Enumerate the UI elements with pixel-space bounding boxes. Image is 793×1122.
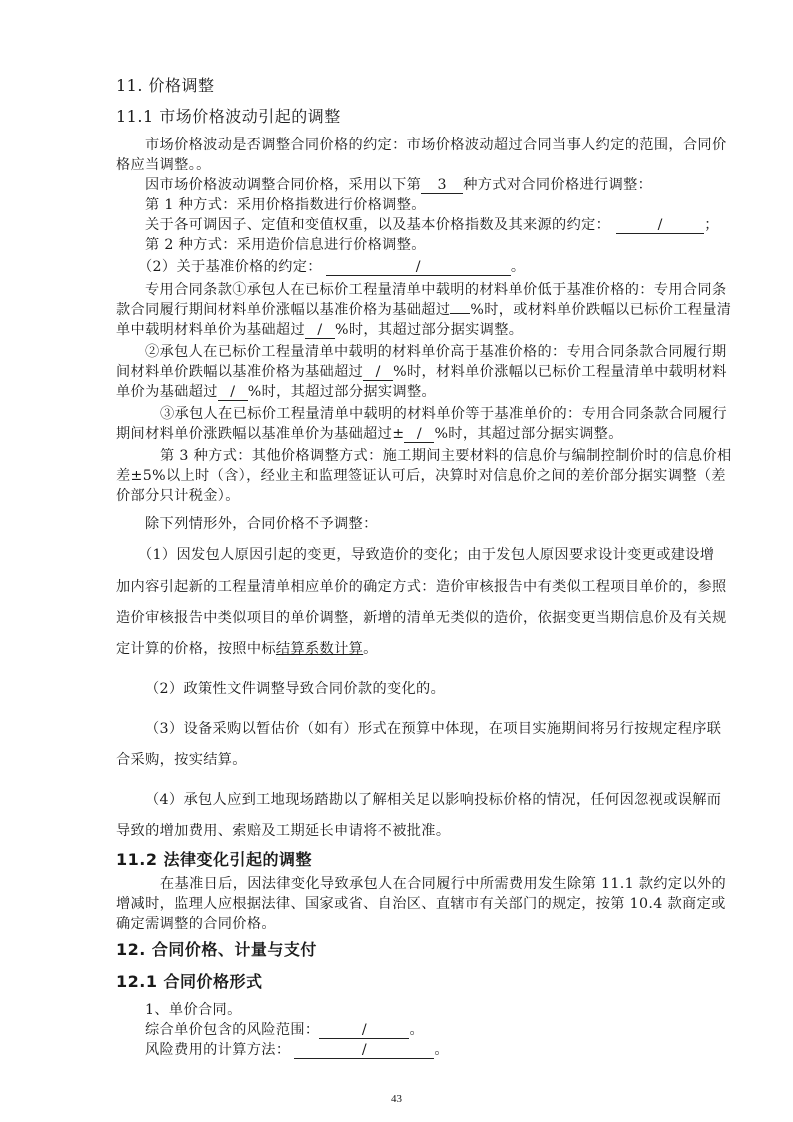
- text: %时，其超过部分据实调整。: [248, 384, 436, 400]
- percent-field[interactable]: [450, 313, 470, 314]
- text: 因市场价格波动调整合同价格，采用以下第: [145, 177, 421, 193]
- heading-11-1: 11.1 市场价格波动引起的调整: [116, 107, 341, 127]
- text: 。: [363, 641, 378, 657]
- text: %时，其超过部分据实调整。: [434, 426, 622, 442]
- document-page: 11. 价格调整 11.1 市场价格波动引起的调整 市场价格波动是否调整合同价格…: [0, 0, 793, 1122]
- text: 定计算的价格，按照中标: [116, 641, 276, 657]
- text: 种方式对合同价格进行调整：: [463, 177, 652, 193]
- paragraph-line: ②承包人在已标价工程量清单中载明的材料单价高于基准价格的：专用合同条款合同履行期: [145, 342, 727, 362]
- text: 综合单价包含的风险范围：: [145, 1022, 319, 1038]
- method-1: 第 1 种方式：采用价格指数进行价格调整。: [145, 195, 426, 215]
- text: 。: [511, 259, 526, 275]
- text: 。: [434, 1042, 449, 1058]
- paragraph-line: 单价为基础超过/%时，其超过部分据实调整。: [116, 382, 436, 402]
- method-number-field[interactable]: 3: [421, 177, 463, 194]
- text: 间材料单价跌幅以基准价格为基础超过: [116, 364, 363, 380]
- paragraph-line: 格应当调整。。: [116, 155, 211, 175]
- text: （2）关于基准价格的约定：: [138, 259, 322, 275]
- text: 单中载明材料单价为基础超过: [116, 322, 305, 338]
- percent-field[interactable]: /: [404, 426, 434, 443]
- heading-12: 12. 合同价格、计量与支付: [116, 940, 317, 960]
- paragraph-line: 除下列情形外，合同价格不予调整：: [145, 514, 378, 534]
- text: %时，材料单价涨幅以已标价工程量清单中载明材料: [393, 364, 727, 380]
- underlined-text: 结算系数计算: [276, 641, 363, 657]
- text: ；: [704, 217, 719, 233]
- text: %时，或材料单价跌幅以已标价工程量清: [470, 302, 731, 318]
- paragraph-line: 专用合同条款①承包人在已标价工程量清单中载明的材料单价低于基准价格的：专用合同条: [145, 280, 727, 300]
- text: 关于各可调因子、定值和变值权重，以及基本价格指数及其来源的约定：: [145, 217, 610, 233]
- percent-field[interactable]: /: [363, 364, 393, 381]
- paragraph-line: （3）设备采购以暂估价（如有）形式在预算中体现，在项目实施期间将另行按规定程序联: [145, 719, 721, 739]
- heading-11: 11. 价格调整: [116, 76, 215, 96]
- paragraph-line: 1、单价合同。: [145, 1000, 242, 1020]
- risk-scope-field[interactable]: /: [319, 1022, 409, 1039]
- base-price-agreement: （2）关于基准价格的约定：/。: [138, 257, 525, 277]
- base-price-field[interactable]: /: [326, 259, 511, 276]
- text: 单价为基础超过: [116, 384, 218, 400]
- paragraph-line: 增减时，监理人应根据法律、国家或省、自治区、直辖市有关部门的规定，按第 10.4…: [116, 894, 726, 914]
- paragraph-line: 造价审核报告中类似项目的单价调整，新增的清单无类似的造价，依据变更当期信息价及有…: [116, 608, 727, 628]
- paragraph-line: 价部分只计税金）。: [116, 486, 240, 506]
- index-agreement-field[interactable]: /: [616, 217, 704, 234]
- paragraph-line: 在基准日后，因法律变化导致承包人在合同履行中所需费用发生除第 11.1 款约定以…: [160, 874, 726, 894]
- percent-field[interactable]: /: [305, 322, 335, 339]
- risk-calc-field[interactable]: /: [294, 1042, 434, 1059]
- text: %时，其超过部分据实调整。: [335, 322, 523, 338]
- paragraph-line: 差±5%以上时（含），经业主和监理签证认可后，决算时对信息价之间的差价部分据实调…: [116, 466, 726, 486]
- paragraph-line: 合采购，按实结算。: [116, 750, 247, 770]
- text: 期间材料单价涨跌幅以基准单价为基础超过±: [116, 426, 404, 442]
- page-number: 43: [0, 1093, 793, 1105]
- text: 风险费用的计算方法：: [145, 1042, 290, 1058]
- paragraph-line: （1）因发包人原因引起的变更，导致造价的变化；由于发包人原因要求设计变更或建设增: [138, 545, 714, 565]
- paragraph-line: （2）政策性文件调整导致合同价款的变化的。: [145, 679, 445, 699]
- heading-11-2: 11.2 法律变化引起的调整: [116, 850, 312, 870]
- text: 款合同履行期间材料单价涨幅以基准价格为基础超过: [116, 302, 450, 318]
- paragraph-line: 加内容引起新的工程量清单相应单价的确定方式：造价审核报告中有类似工程项目单价的，…: [116, 577, 727, 597]
- paragraph-line: （4）承包人应到工地现场踏勘以了解相关足以影响投标价格的情况，任何因忽视或误解而: [145, 790, 721, 810]
- heading-12-1: 12.1 合同价格形式: [116, 972, 263, 992]
- paragraph-line: 间材料单价跌幅以基准价格为基础超过/%时，材料单价涨幅以已标价工程量清单中载明材…: [116, 362, 727, 382]
- paragraph-line: 第 3 种方式：其他价格调整方式：施工期间主要材料的信息价与编制控制价时的信息价…: [160, 446, 732, 466]
- paragraph-line: 款合同履行期间材料单价涨幅以基准价格为基础超过%时，或材料单价跌幅以已标价工程量…: [116, 300, 731, 320]
- paragraph-line: 定计算的价格，按照中标结算系数计算。: [116, 639, 378, 659]
- method-2: 第 2 种方式：采用造价信息进行价格调整。: [145, 235, 426, 255]
- paragraph-line: ③承包人在已标价工程量清单中载明的材料单价等于基准单价的：专用合同条款合同履行: [160, 404, 727, 424]
- text: 。: [409, 1022, 424, 1038]
- risk-scope-line: 综合单价包含的风险范围：/。: [145, 1020, 424, 1040]
- method-1-detail: 关于各可调因子、定值和变值权重，以及基本价格指数及其来源的约定：/；: [145, 215, 719, 235]
- paragraph-line: 期间材料单价涨跌幅以基准单价为基础超过±/%时，其超过部分据实调整。: [116, 424, 623, 444]
- percent-field[interactable]: /: [218, 384, 248, 401]
- paragraph-line: 确定需调整的合同价格。: [116, 914, 276, 934]
- paragraph-line: 单中载明材料单价为基础超过/%时，其超过部分据实调整。: [116, 320, 523, 340]
- paragraph-line: 市场价格波动是否调整合同价格的约定：市场价格波动超过合同当事人约定的范围，合同价: [145, 135, 727, 155]
- risk-calc-line: 风险费用的计算方法：/。: [145, 1040, 449, 1060]
- paragraph-line: 导致的增加费用、索赔及工期延长申请将不被批准。: [116, 821, 450, 841]
- adjust-method-choice: 因市场价格波动调整合同价格，采用以下第3种方式对合同价格进行调整：: [145, 175, 652, 195]
